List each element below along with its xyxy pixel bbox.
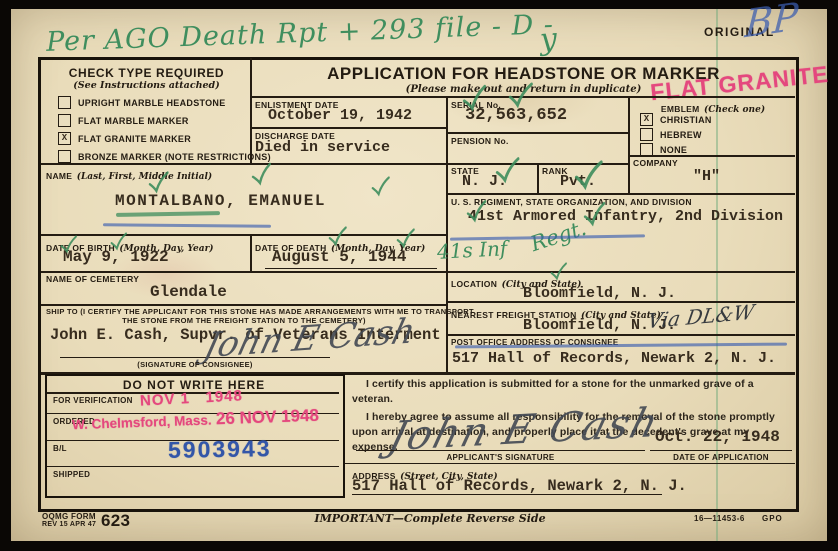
form-name: OQMG FORM (42, 512, 96, 521)
signature-line (356, 450, 645, 451)
checkbox-mark (58, 114, 71, 127)
po-address-label: POST OFFICE ADDRESS OF CONSIGNEE (451, 338, 619, 347)
grid-line (250, 127, 446, 129)
ordered-stamp-place: W. Chelmsford, Mass. (72, 412, 212, 432)
grid-line (41, 304, 446, 306)
po-address-value: 517 Hall of Records, Newark 2, N. J. (452, 350, 776, 367)
bl-number-stamp: 5903943 (168, 435, 272, 464)
company-value: "H" (693, 168, 720, 185)
grid-line (250, 234, 252, 272)
grid-line (628, 96, 630, 194)
address-value: 517 Hall of Records, Newark 2, N. J. (352, 477, 687, 495)
checkbox-upright-marble: UPRIGHT MARBLE HEADSTONE (58, 94, 226, 112)
checkbox-mark (640, 143, 653, 156)
important-note: IMPORTANT—Complete Reverse Side (300, 512, 560, 525)
ordered-stamp-date: 26 NOV 1948 (216, 406, 320, 429)
grid-line (47, 466, 339, 467)
checkbox-mark: X (640, 113, 653, 126)
handwritten-regiment-note: 41s Inf (436, 236, 507, 264)
scanned-form-photo: Per AGO Death Rpt + 293 file - D - y ORI… (0, 0, 838, 551)
grid-line (41, 234, 446, 236)
handwritten-top-note-mark: y (539, 21, 558, 57)
checkbox-mark (58, 96, 71, 109)
enlistment-date-value: October 19, 1942 (268, 107, 412, 124)
form-number: 623 (101, 511, 130, 531)
company-label: COMPANY (633, 158, 678, 168)
for-verification-label: FOR VERIFICATION (53, 396, 133, 405)
form-subtitle: (Please make out and return in duplicate… (252, 84, 795, 95)
location-value: Bloomfield, N. J. (523, 285, 676, 302)
regiment-label: U. S. REGIMENT, STATE ORGANIZATION, AND … (451, 197, 692, 207)
checkbox-mark: X (58, 132, 71, 145)
cemetery-label: NAME OF CEMETERY (46, 274, 139, 284)
serial-no-value: 32,563,652 (465, 106, 567, 125)
state-value: N. J. (462, 173, 507, 190)
grid-line (41, 271, 795, 273)
grid-line (446, 96, 448, 373)
applicant-signature-label: APPLICANT'S SIGNATURE (356, 453, 645, 462)
date-of-application-label: DATE OF APPLICATION (650, 453, 792, 462)
bl-label: B/L (53, 444, 67, 453)
grid-line (446, 334, 795, 336)
date-of-death-value: August 5, 1944 (272, 248, 406, 266)
name-label: NAME (Last, First, Middle Initial) (46, 166, 212, 184)
print-code: 16—11453-6 (694, 514, 745, 523)
checkbox-flat-marble: FLAT MARBLE MARKER (58, 112, 189, 130)
grid-line (265, 268, 437, 269)
grid-line (250, 96, 795, 98)
check-type-title: CHECK TYPE REQUIRED (45, 66, 248, 80)
rank-value: Pvt. (560, 173, 596, 190)
checkbox-flat-granite: XFLAT GRANITE MARKER (58, 130, 191, 148)
checkbox-bronze: BRONZE MARKER (NOTE RESTRICTIONS) (58, 148, 271, 166)
form-rev: REV 15 APR 47 (42, 521, 96, 528)
date-of-birth-value: May 9, 1922 (63, 248, 169, 266)
date-of-application-value: Oct. 22, 1948 (655, 428, 780, 446)
pension-no-label: PENSION No. (451, 136, 509, 146)
grid-line (446, 193, 795, 195)
signature-of-consignee-label: (SIGNATURE OF CONSIGNEE) (60, 360, 330, 369)
checkbox-mark (58, 150, 71, 163)
grid-line (352, 494, 662, 495)
handwritten-bp-initials: BP (743, 0, 799, 46)
shipped-label: SHIPPED (53, 470, 90, 479)
checkbox-mark (640, 128, 653, 141)
grid-line (446, 132, 628, 134)
regiment-value: 41st Armored Infantry, 2nd Division (468, 208, 783, 225)
cemetery-value: Glendale (150, 283, 227, 301)
name-value: MONTALBANO, EMANUEL (115, 192, 326, 210)
form-title: APPLICATION FOR HEADSTONE OR MARKER (252, 64, 795, 84)
certification-line1: I certify this application is submitted … (352, 377, 792, 406)
gpo-label: GPO (762, 514, 783, 523)
discharge-date-value: Died in service (255, 139, 390, 156)
checkbox-none: NONE (640, 141, 687, 159)
grid-line (345, 463, 795, 464)
grid-line (650, 450, 792, 451)
grid-line (537, 163, 539, 194)
check-type-subtitle: (See Instructions attached) (45, 80, 248, 91)
